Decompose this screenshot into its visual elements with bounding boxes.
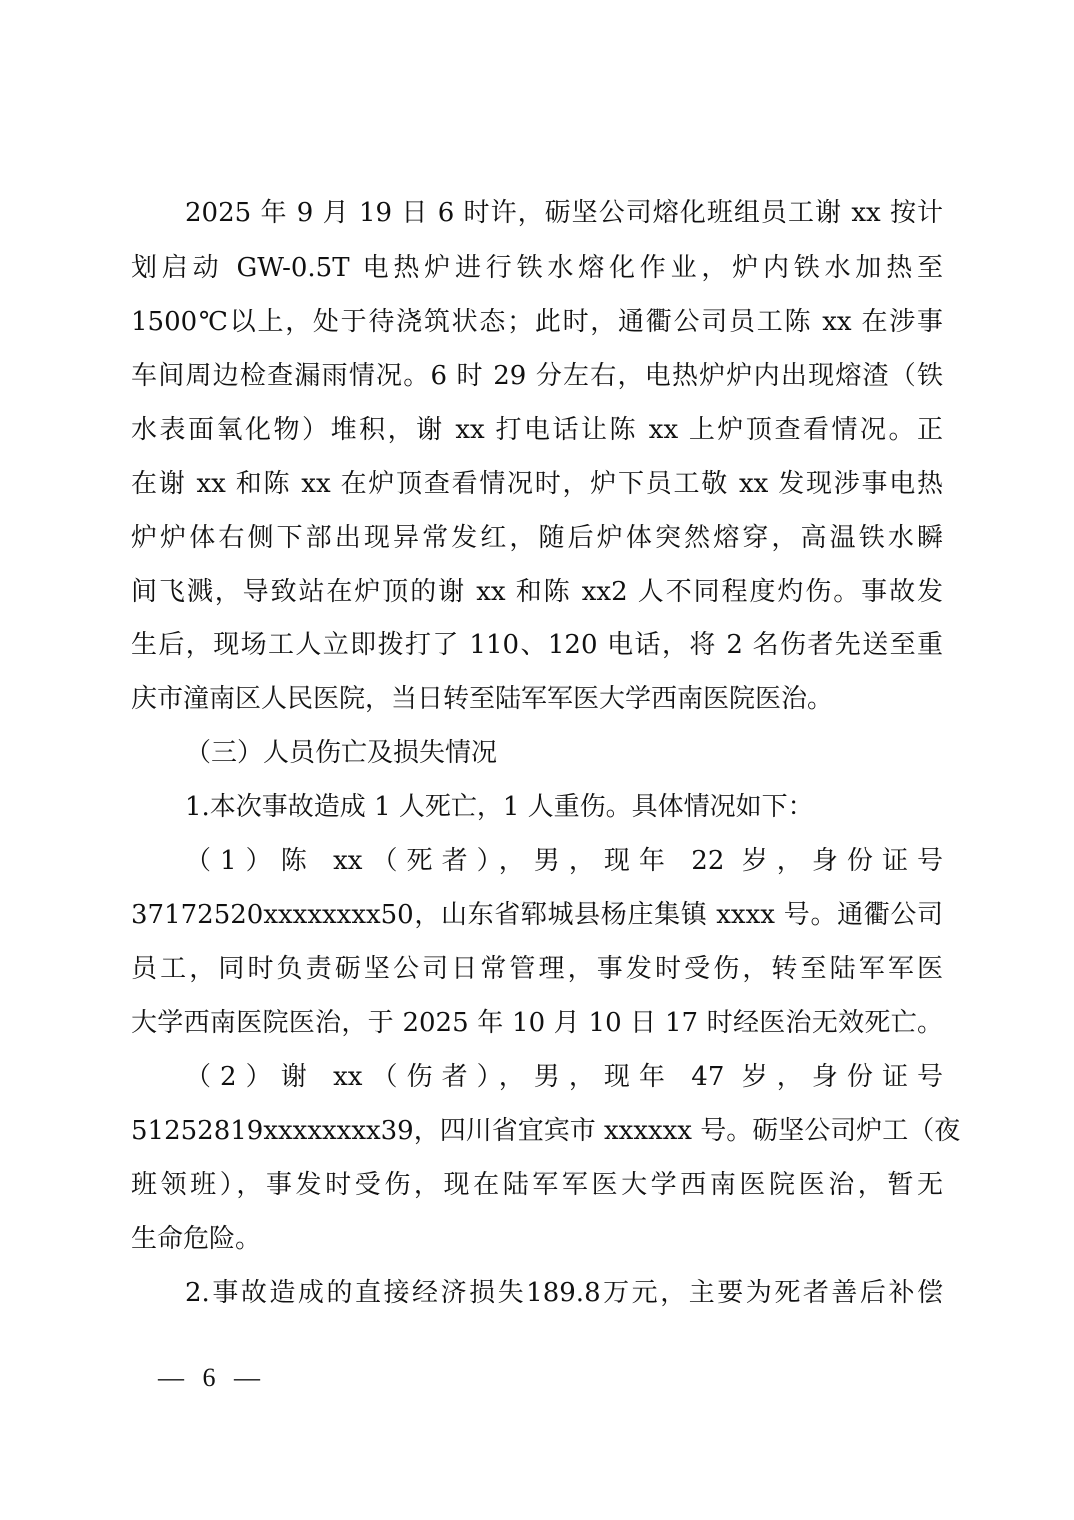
text-line: 1500℃以上，处于待浇筑状态；此时，通衢公司员工陈 xx 在涉事 (131, 302, 943, 342)
text-line: 生后，现场工人立即拨打了 110、120 电话，将 2 名伤者先送至重 (131, 625, 943, 665)
text-line: 间飞溅，导致站在炉顶的谢 xx 和陈 xx2 人不同程度灼伤。事故发 (131, 572, 943, 612)
text-line: 班领班），事发时受伤，现在陆军军医大学西南医院医治，暂无 (131, 1165, 943, 1205)
text-line: （2）谢 xx（伤者），男，现年 47 岁，身份证号 (185, 1057, 943, 1097)
paragraph-casualty-summary: 1.本次事故造成 1 人死亡，1 人重伤。具体情况如下： (185, 787, 943, 827)
text-line: 员工，同时负责砺坚公司日常管理，事发时受伤，转至陆军军医 (131, 949, 943, 989)
section-heading-casualties: （三）人员伤亡及损失情况 (185, 733, 497, 773)
text-line: 车间周边检查漏雨情况。6 时 29 分左右，电热炉炉内出现熔渣（铁 (131, 356, 943, 396)
page-number: — 6 — (158, 1358, 260, 1398)
text-line: 生命危险。 (131, 1219, 943, 1259)
text-line: 37172520xxxxxxxx50，山东省郓城县杨庄集镇 xxxx 号。通衢公… (131, 895, 943, 935)
paragraph-economic-loss: 2.事故造成的直接经济损失189.8万元，主要为死者善后补偿 (185, 1273, 943, 1313)
text-line: 庆市潼南区人民医院，当日转至陆军军医大学西南医院医治。 (131, 679, 943, 719)
text-line: 在谢 xx 和陈 xx 在炉顶查看情况时，炉下员工敬 xx 发现涉事电热 (131, 464, 943, 504)
text-line: 水表面氧化物）堆积，谢 xx 打电话让陈 xx 上炉顶查看情况。正 (131, 410, 943, 450)
text-line: 2025 年 9 月 19 日 6 时许，砺坚公司熔化班组员工谢 xx 按计 (185, 193, 943, 233)
text-line: 大学西南医院医治，于 2025 年 10 月 10 日 17 时经医治无效死亡。 (131, 1003, 943, 1043)
document-page: 2025 年 9 月 19 日 6 时许，砺坚公司熔化班组员工谢 xx 按计 划… (0, 0, 1074, 1520)
text-line: 51252819xxxxxxxx39，四川省宜宾市 xxxxxx 号。砺坚公司炉… (131, 1111, 943, 1151)
text-line: （1）陈 xx（死者），男，现年 22 岁，身份证号 (185, 841, 943, 881)
text-line: 炉炉体右侧下部出现异常发红，随后炉体突然熔穿，高温铁水瞬 (131, 518, 943, 558)
text-line: 划启动 GW-0.5T 电热炉进行铁水熔化作业，炉内铁水加热至 (131, 248, 943, 288)
